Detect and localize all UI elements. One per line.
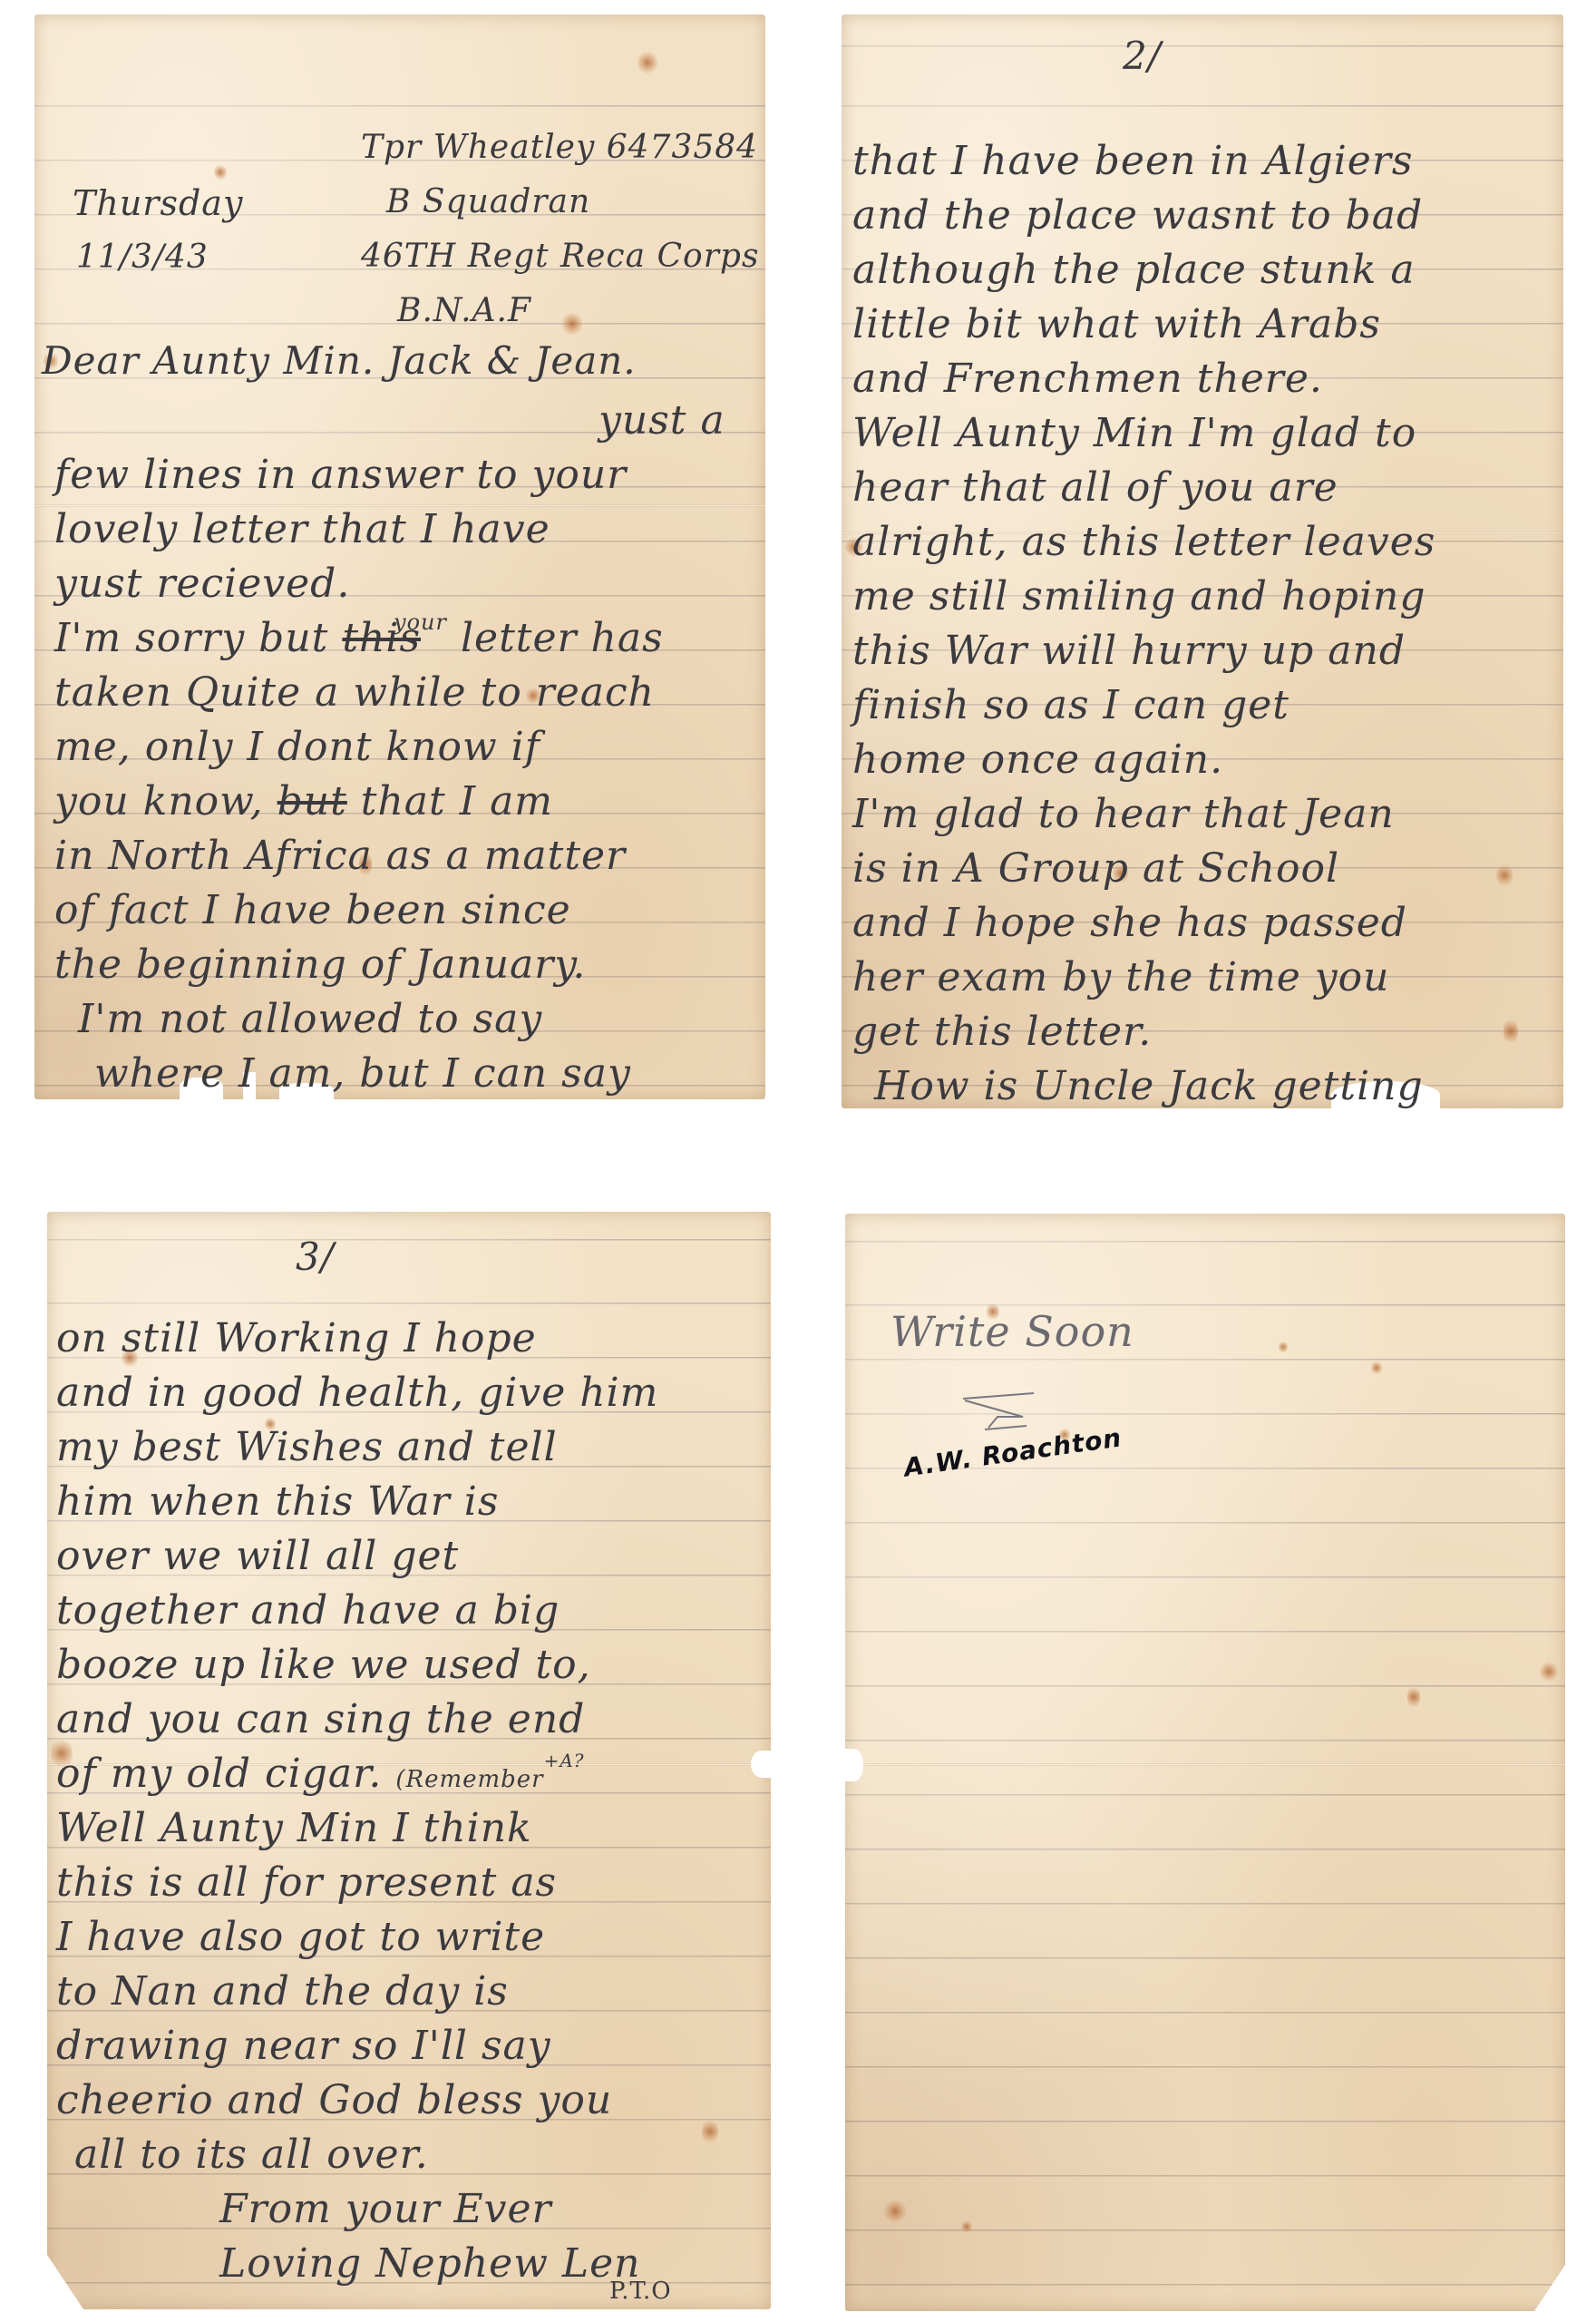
letter-day: Thursday [73, 176, 243, 230]
torn-edge [1534, 2257, 1571, 2311]
rust-stain [702, 2119, 718, 2144]
write-soon-note: Write Soon [890, 1304, 1134, 1359]
body-text: of my old cigar. [56, 1751, 382, 1797]
body-line: where I am, but I can say [54, 1047, 725, 1101]
rust-stain [961, 2220, 972, 2233]
body-line: get this letter. [852, 1005, 1435, 1059]
body-line-with-correction: you know, but that I am [54, 775, 725, 829]
signature: Loving Nephew Len [56, 2237, 658, 2291]
body-line: finish so as I can get [852, 678, 1435, 733]
body-line: home once again. [852, 733, 1435, 787]
body-text: you know, [54, 778, 264, 824]
body-line: I have also got to write [56, 1910, 658, 1965]
letter-page-4: Write Soon A.W. Roachton [845, 1214, 1565, 2311]
body-line: taken Quite a while to reach [54, 666, 725, 720]
margin-note: (Remember [395, 1766, 543, 1793]
sender-address: Tpr Wheatley 6473584 B Squadran 46TH Reg… [361, 122, 759, 339]
body-line: yust recieved. [54, 557, 725, 611]
body-text: I'm sorry but [54, 615, 328, 661]
margin-note-superscript: +A? [544, 1750, 585, 1771]
body-text: that I am [361, 778, 553, 824]
body-line: I'm not allowed to say [54, 992, 725, 1047]
body-line: over we will all get [56, 1529, 658, 1584]
body-line: Well Aunty Min I think [56, 1801, 658, 1856]
rust-stain [883, 2200, 907, 2222]
body-line: How is Uncle Jack getting [852, 1059, 1435, 1114]
please-turn-over: P.T.O [609, 2264, 672, 2318]
letter-page-1: Tpr Wheatley 6473584 B Squadran 46TH Reg… [34, 15, 765, 1099]
body-line: few lines in answer to your [54, 448, 725, 502]
body-line: I'm glad to hear that Jean [852, 787, 1435, 842]
body-line: this is all for present as [56, 1856, 658, 1910]
inserted-word: your [394, 610, 447, 635]
body-line: is in A Group at School [852, 842, 1435, 896]
body-line: this War will hurry up and [852, 624, 1435, 678]
page-number: 2/ [1123, 29, 1162, 83]
body-line-with-correction: I'm sorry but thisyour letter has [54, 611, 725, 666]
body-line: and I hope she has passed [852, 896, 1435, 951]
body-line: that I have been in Algiers [852, 134, 1435, 189]
body-line: drawing near so I'll say [56, 2019, 658, 2073]
salutation: Dear Aunty Min. Jack & Jean. [42, 334, 637, 388]
address-line: B.N.A.F [361, 285, 759, 339]
rust-stain [1371, 1361, 1382, 1375]
paper-fold [845, 1763, 1565, 1766]
body-line: her exam by the time you [852, 951, 1435, 1005]
body-line-with-note: of my old cigar. (Remember+A? [56, 1747, 658, 1801]
body-line: in North Africa as a matter [54, 829, 725, 883]
body-line: of fact I have been since [54, 883, 725, 938]
body-line: Well Aunty Min I'm glad to [852, 406, 1435, 461]
body-line: and in good health, give him [56, 1366, 658, 1420]
body-line: on still Working I hope [56, 1312, 658, 1366]
rust-stain [637, 51, 657, 74]
closing-line: From your Ever [56, 2182, 658, 2237]
letter-page-3: 3/ on still Working I hope and in good h… [47, 1212, 771, 2309]
page-number: 3/ [296, 1230, 335, 1284]
body-line: and the place wasnt to bad [852, 189, 1435, 243]
body-line: booze up like we used to, [56, 1638, 658, 1693]
body-line: and Frenchmen there. [852, 352, 1435, 406]
rust-stain [1540, 1662, 1558, 1682]
body-line: him when this War is [56, 1475, 658, 1529]
body-line: little bit what with Arabs [852, 298, 1435, 352]
rust-stain [1279, 1341, 1288, 1353]
struck-word: but [277, 778, 347, 824]
rust-stain [1504, 1018, 1518, 1045]
body-line: and you can sing the end [56, 1693, 658, 1747]
letter-body: that I have been in Algiers and the plac… [852, 134, 1435, 1114]
body-line: yust a [54, 394, 725, 448]
address-line: Tpr Wheatley 6473584 [361, 122, 759, 176]
rust-stain [1496, 863, 1513, 887]
body-line: the beginning of January. [54, 938, 725, 992]
body-line: to Nan and the day is [56, 1965, 658, 2019]
body-line: hear that all of you are [852, 461, 1435, 515]
body-line: me still smiling and hoping [852, 570, 1435, 624]
body-line: lovely letter that I have [54, 502, 725, 557]
torn-edge [751, 1751, 773, 1778]
rust-stain [1407, 1685, 1420, 1709]
body-line: my best Wishes and tell [56, 1420, 658, 1475]
letter-date: 11/3/43 [76, 230, 209, 285]
body-line: together and have a big [56, 1584, 658, 1638]
letter-page-2: 2/ that I have been in Algiers and the p… [842, 15, 1563, 1108]
body-line: although the place stunk a [852, 243, 1435, 298]
torn-edge [845, 1749, 863, 1781]
body-line: all to its all over. [56, 2128, 658, 2182]
body-line: me, only I dont know if [54, 720, 725, 775]
letter-body: on still Working I hope and in good heal… [56, 1312, 658, 2291]
letter-body: yust a few lines in answer to your lovel… [54, 394, 725, 1101]
address-line: B Squadran [361, 176, 759, 230]
body-line: alright, as this letter leaves [852, 515, 1435, 570]
body-text: letter has [461, 615, 664, 661]
address-line: 46TH Regt Reca Corps [361, 230, 759, 285]
body-line: cheerio and God bless you [56, 2073, 658, 2128]
